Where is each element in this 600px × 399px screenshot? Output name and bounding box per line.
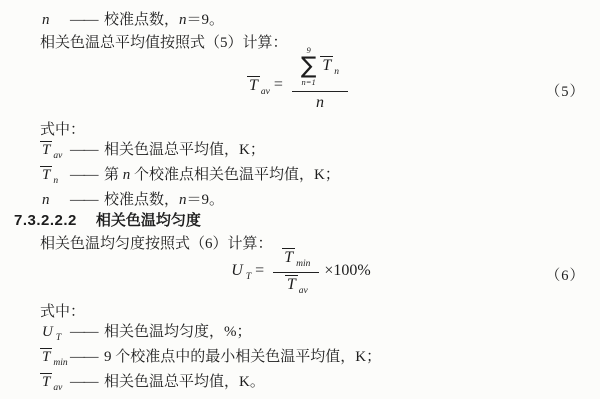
definition-row-T-min: Tmin —— 9 个校准点中的最小相关色温平均值，K； (40, 345, 381, 368)
fraction-denominator: n (292, 91, 348, 112)
section-heading: 7.3.2.2.2相关色温均匀度 (14, 209, 201, 230)
summation-symbol: 9 ∑ n=1 (301, 46, 317, 88)
symbol-T-min: Tmin (40, 348, 70, 368)
definition-dash: —— (70, 192, 97, 209)
equals-sign: = (255, 262, 264, 280)
document-page: n —— 校准点数，n＝9。 相关色温总平均值按照式（5）计算： Tav = 9… (0, 0, 600, 399)
definition-dash: —— (70, 167, 97, 184)
definition-row-n-count: n —— 校准点数，n＝9。 (40, 188, 224, 211)
equation-5: Tav = 9 ∑ n=1 Tn n （5） (0, 46, 600, 112)
definition-text: 9 个校准点中的最小相关色温平均值，K； (104, 345, 381, 366)
symbol-U-T: UT (40, 324, 70, 343)
where-label-5: 式中： (40, 118, 85, 139)
definition-text: 第 n 个校准点相关色温平均值，K； (104, 163, 340, 184)
definition-dash: —— (70, 374, 97, 391)
equation-5-number: （5） (546, 80, 585, 101)
symbol-n: n (40, 12, 70, 31)
fraction: 9 ∑ n=1 Tn n (292, 46, 348, 112)
definition-row-U-T: UT —— 相关色温均匀度，%； (40, 320, 252, 343)
where-label-6: 式中： (40, 300, 85, 321)
multiplier-text: ×100% (324, 262, 370, 280)
definition-text: 相关色温总平均值，K。 (104, 370, 265, 391)
symbol-T-n: Tn (40, 166, 70, 186)
definition-dash: —— (70, 12, 97, 29)
definition-row-n-count-top: n —— 校准点数，n＝9。 (40, 8, 224, 31)
definition-dash: —— (70, 324, 97, 341)
fraction-numerator: Tmin (273, 248, 319, 272)
definition-text: 校准点数，n＝9。 (104, 8, 224, 29)
symbol-T-min: Tmin (282, 248, 310, 269)
definition-text: 校准点数，n＝9。 (104, 188, 224, 209)
definition-row-T-av-2: Tav —— 相关色温总平均值，K。 (40, 370, 265, 393)
definition-text: 相关色温均匀度，%； (104, 320, 252, 341)
symbol-U-T-lhs: UT (229, 262, 251, 282)
definition-dash: —— (70, 349, 97, 366)
equals-sign: = (274, 76, 283, 94)
equation-6: UT = Tmin Tav ×100% （6） (0, 248, 600, 296)
symbol-T-n: Tn (320, 56, 339, 77)
fraction: Tmin Tav (273, 248, 319, 296)
definition-row-T-n: Tn —— 第 n 个校准点相关色温平均值，K； (40, 163, 340, 186)
sigma-icon: ∑ (301, 55, 317, 78)
definition-row-T-av: Tav —— 相关色温总平均值，K； (40, 138, 265, 161)
symbol-T-av-lhs: Tav (247, 76, 270, 97)
equation-6-number: （6） (546, 264, 585, 285)
fraction-denominator: Tav (273, 272, 319, 296)
equation-6-body: UT = Tmin Tav ×100% (229, 248, 370, 296)
section-title: 相关色温均匀度 (96, 212, 201, 229)
equation-5-body: Tav = 9 ∑ n=1 Tn n (247, 46, 353, 112)
fraction-numerator: 9 ∑ n=1 Tn (292, 46, 348, 91)
definition-dash: —— (70, 142, 97, 159)
definition-text: 相关色温总平均值，K； (104, 138, 265, 159)
section-number: 7.3.2.2.2 (14, 212, 77, 229)
symbol-T-av: Tav (40, 373, 70, 393)
symbol-T-av: Tav (40, 141, 70, 161)
sigma-lower-limit: n=1 (302, 78, 316, 87)
symbol-T-av-den: Tav (285, 275, 308, 296)
